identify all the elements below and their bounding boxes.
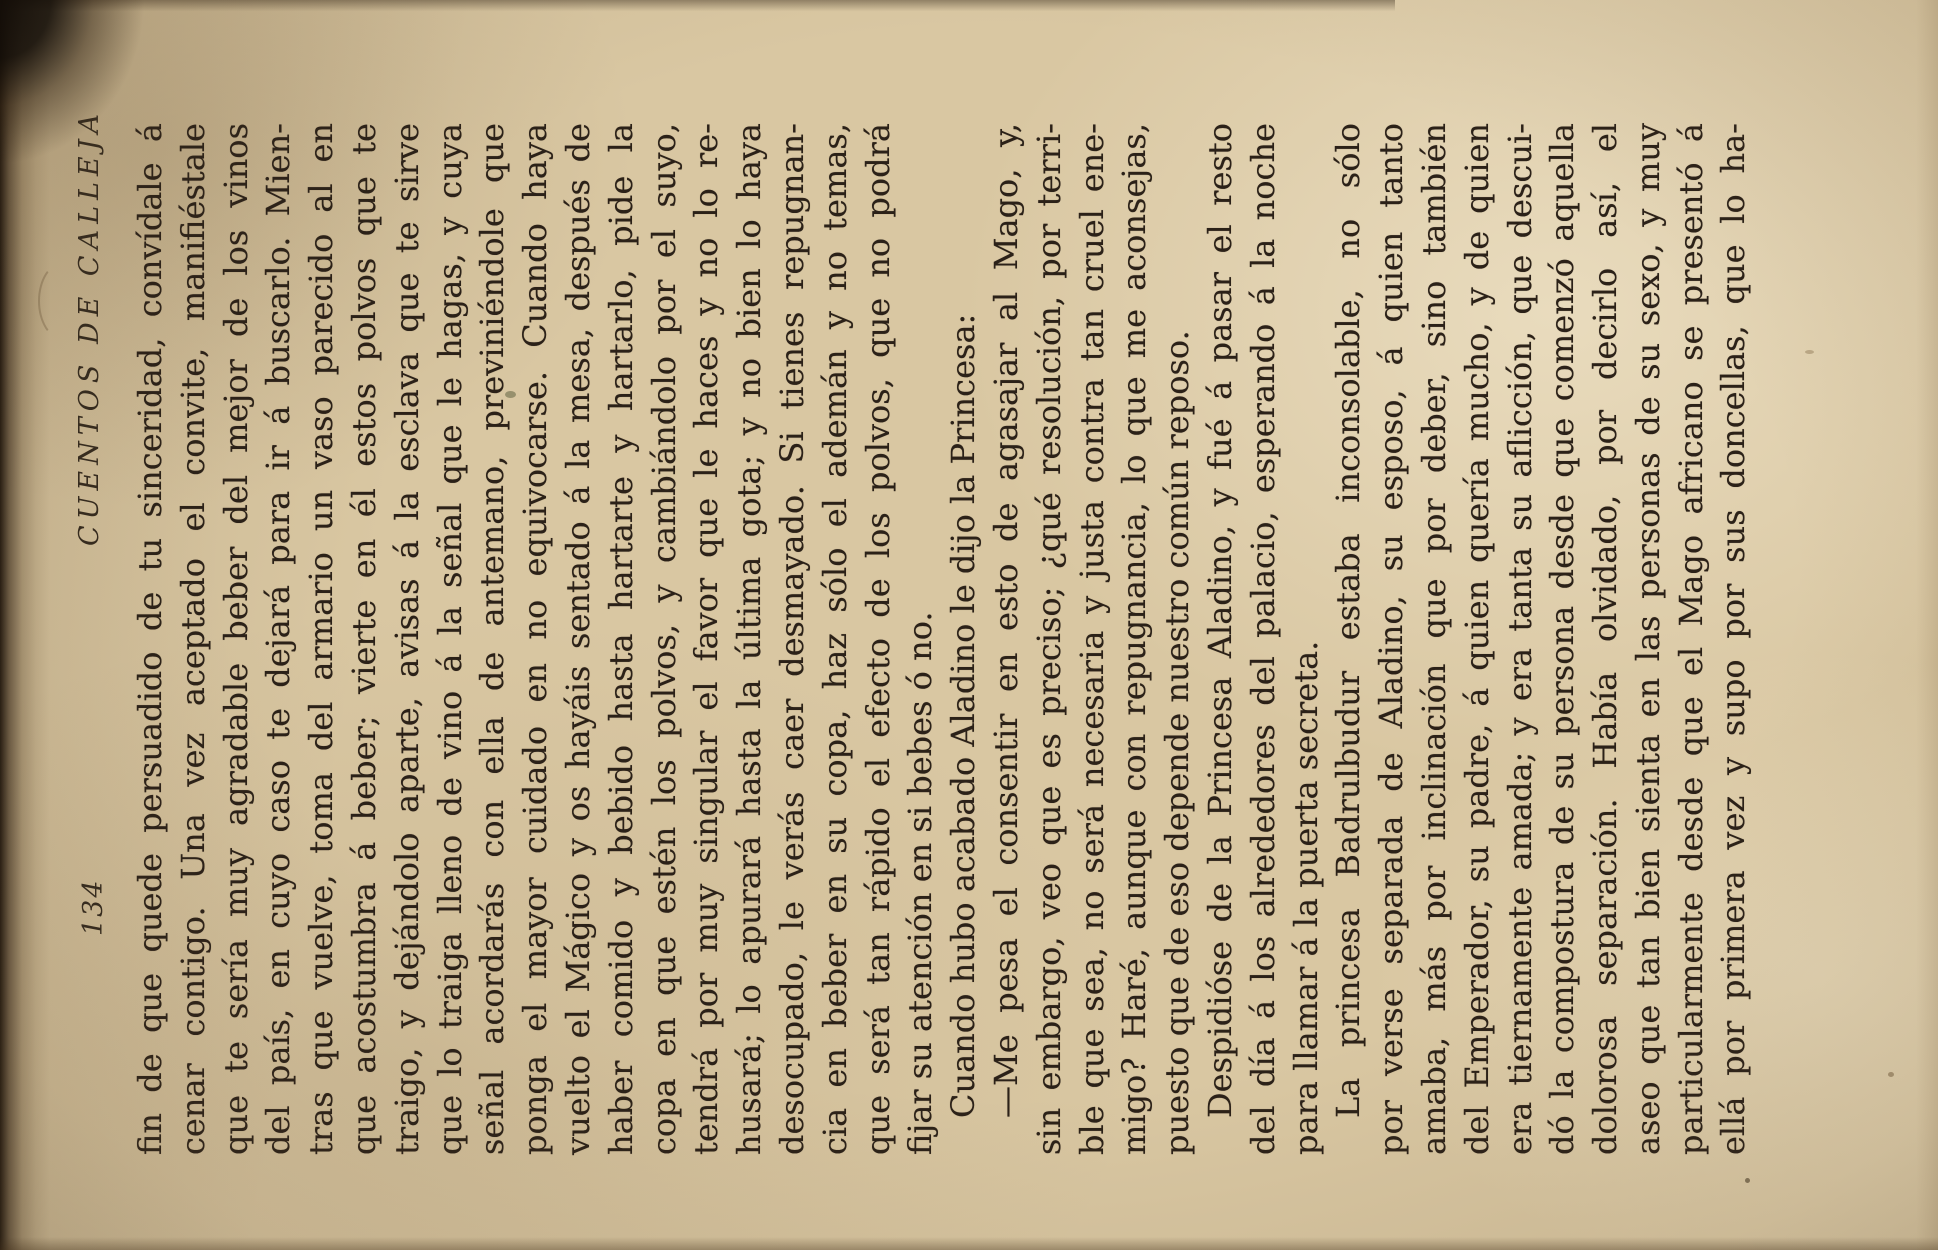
text-line: del país, en cuyo caso te dejará para ir… <box>257 123 300 1155</box>
text-line: dó la compostura de su persona desde que… <box>1541 123 1584 1155</box>
paper-speck <box>505 391 516 398</box>
text-line: puesto que de eso depende nuestro común … <box>1156 123 1199 1155</box>
text-line: aseo que tan bien sienta en las personas… <box>1627 123 1670 1155</box>
book-page: 134 CUENTOS DE CALLEJA fin de que quede … <box>0 0 1938 1250</box>
text-line: particularmente desde que el Mago africa… <box>1670 123 1713 1155</box>
text-line: que será tan rápido el efecto de los pol… <box>857 123 900 1155</box>
text-line: traigo, y dejándolo aparte, avisas á la … <box>386 123 429 1155</box>
text-line: cia en beber en su copa, haz sólo el ade… <box>814 123 857 1155</box>
text-block: fin de que quede persuadido de tu sincer… <box>129 123 1755 1155</box>
text-line: que te sería muy agradable beber del mej… <box>215 123 258 1155</box>
text-line: sin embargo, veo que es preciso; ¿qué re… <box>1028 123 1071 1155</box>
page-headline: 134 CUENTOS DE CALLEJA <box>74 0 118 1250</box>
text-line: que acostumbra á beber; vierte en él est… <box>343 123 386 1155</box>
text-line: vuelto el Mágico y os hayáis sentado á l… <box>557 123 600 1155</box>
text-line: tras que vuelve, toma del armario un vas… <box>300 123 343 1155</box>
text-line: migo? Haré, aunque con repugnancia, lo q… <box>1113 123 1156 1155</box>
text-line: cenar contigo. Una vez aceptado el convi… <box>172 123 215 1155</box>
paper-speck <box>1805 350 1814 354</box>
text-line: del Emperador, su padre, á quien quería … <box>1456 123 1499 1155</box>
text-line: que lo traiga lleno de vino á la señal q… <box>429 123 472 1155</box>
text-line: por verse separada de Aladino, su esposo… <box>1370 123 1413 1155</box>
text-line: haber comido y bebido hasta hartarte y h… <box>600 123 643 1155</box>
text-line: desocupado, le verás caer desmayado. Si … <box>771 123 814 1155</box>
text-line: dolorosa separación. Había olvidado, por… <box>1584 123 1627 1155</box>
paper-speck <box>1888 1072 1894 1077</box>
text-line: para llamar á la puerta secreta. <box>1285 123 1328 1155</box>
text-line: —Me pesa el consentir en esto de agasaja… <box>985 123 1028 1155</box>
text-line: del día á los alrededores del palacio, e… <box>1242 123 1285 1155</box>
text-line: ponga el mayor cuidado en no equivocarse… <box>514 123 557 1155</box>
text-line: copa en que estén los polvos, y cambiánd… <box>643 123 686 1155</box>
text-line: fin de que quede persuadido de tu sincer… <box>129 123 172 1155</box>
page-number: 134 <box>78 878 109 936</box>
text-line: ellá por primera vez y supo por sus donc… <box>1712 123 1755 1155</box>
text-line: era tiernamente amada; y era tanta su af… <box>1499 123 1542 1155</box>
text-line: Despidióse de la Princesa Aladino, y fué… <box>1199 123 1242 1155</box>
text-line: señal acordarás con ella de antemano, pr… <box>471 123 514 1155</box>
text-line: ble que sea, no será necesaria y justa c… <box>1071 123 1114 1155</box>
text-line: fijar su atención en si bebes ó no. <box>899 123 942 1155</box>
text-line: amaba, más por inclinación que por deber… <box>1413 123 1456 1155</box>
text-line: tendrá por muy singular el favor que le … <box>685 123 728 1155</box>
text-line: Cuando hubo acabado Aladino le dijo la P… <box>942 123 985 1155</box>
text-line: La princesa Badrulbudur estaba inconsola… <box>1327 123 1370 1155</box>
paper-speck <box>1745 1178 1750 1183</box>
page-edge-shadow-bottom <box>0 1237 1938 1250</box>
page-corner-shadow <box>0 0 150 170</box>
text-line: husará; lo apurará hasta la última gota;… <box>728 123 771 1155</box>
scanned-page: 134 CUENTOS DE CALLEJA fin de que quede … <box>0 0 1938 1250</box>
paper-crease-mark <box>38 262 88 340</box>
page-edge-shadow-left <box>0 0 50 1250</box>
page-edge-shadow-top <box>0 0 1395 12</box>
page-edge-shadow-right <box>1916 0 1938 1250</box>
